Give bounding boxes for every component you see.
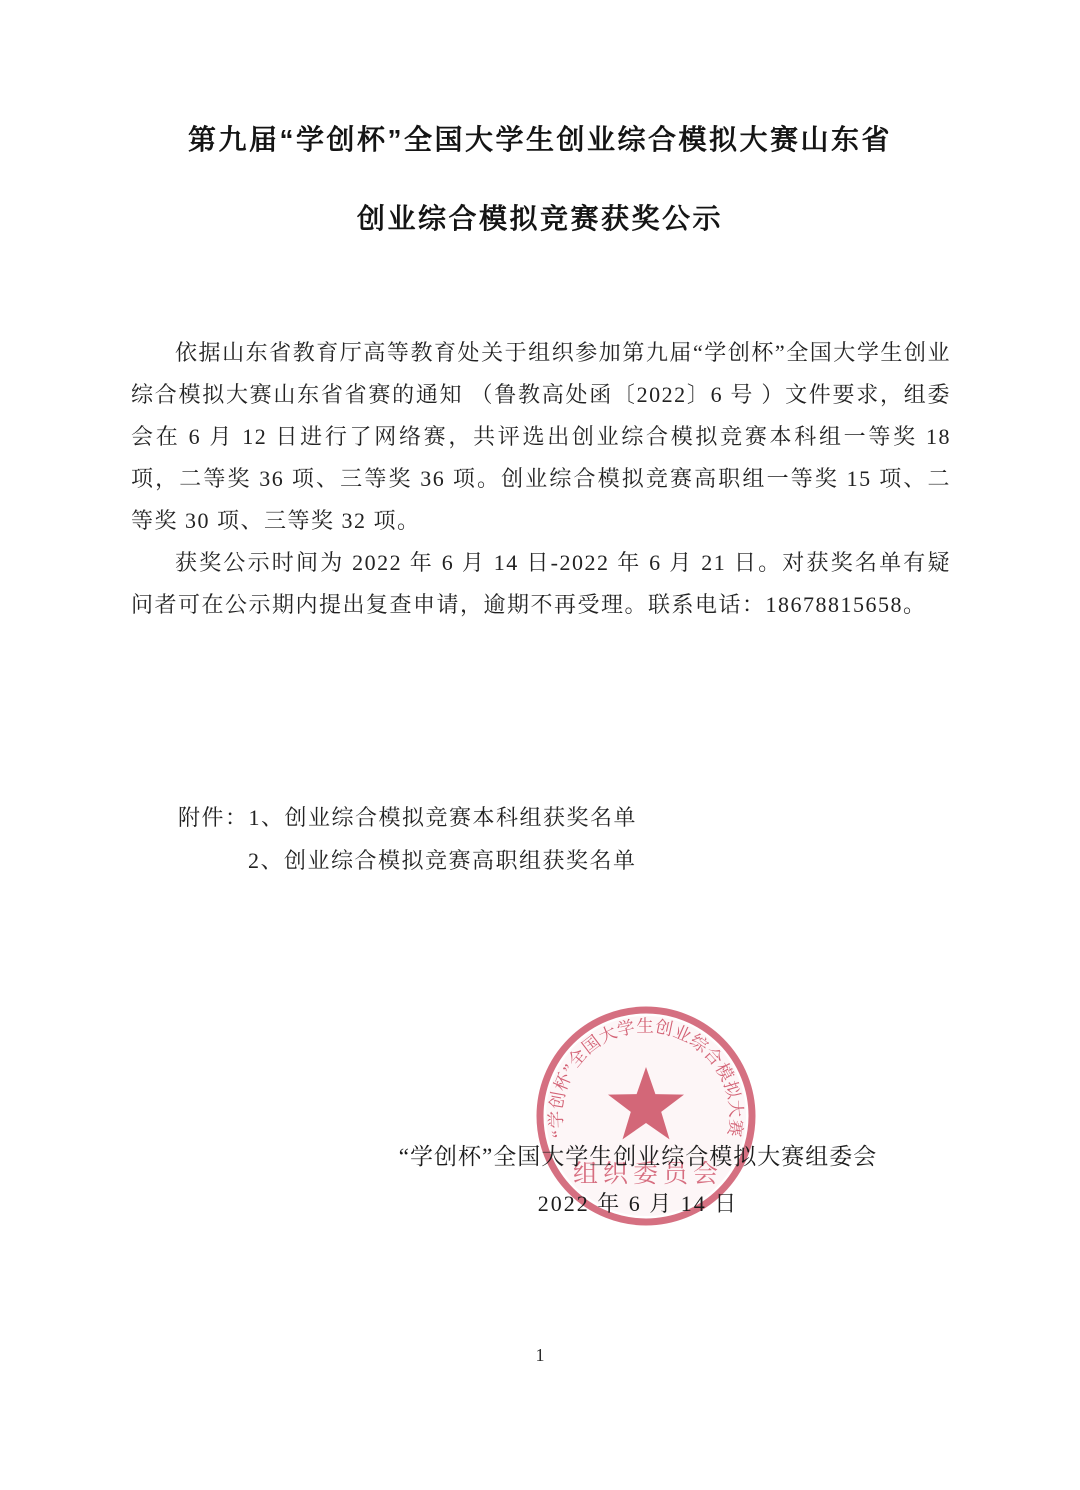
attachments-label: 附件： xyxy=(178,805,249,830)
signature-block: “学创杯”全国大学生创业综合模拟大赛组委会 2022 年 6 月 14 日 xyxy=(196,1138,1080,1218)
attachment-item-1: 1、创业综合模拟竞赛本科组获奖名单 xyxy=(249,805,638,830)
attachment-item-2: 2、创业综合模拟竞赛高职组获奖名单 xyxy=(248,848,637,873)
document-title-line-2: 创业综合模拟竞赛获奖公示 xyxy=(0,197,1080,237)
paragraph-1: 依据山东省教育厅高等教育处关于组织参加第九届“学创杯”全国大学生创业综合模拟大赛… xyxy=(131,332,951,542)
attachment-row-1: 附件：1、创业综合模拟竞赛本科组获奖名单 xyxy=(178,796,637,839)
page-number: 1 xyxy=(0,1345,1080,1366)
document-page: 第九届“学创杯”全国大学生创业综合模拟大赛山东省 创业综合模拟竞赛获奖公示 依据… xyxy=(0,0,1080,1490)
signature-line: “学创杯”全国大学生创业综合模拟大赛组委会 xyxy=(196,1138,1080,1171)
date-line: 2022 年 6 月 14 日 xyxy=(196,1187,1080,1218)
attachments-section: 附件：1、创业综合模拟竞赛本科组获奖名单 2、创业综合模拟竞赛高职组获奖名单 xyxy=(178,796,637,882)
document-body: 依据山东省教育厅高等教育处关于组织参加第九届“学创杯”全国大学生创业综合模拟大赛… xyxy=(131,332,951,626)
attachment-row-2: 2、创业综合模拟竞赛高职组获奖名单 xyxy=(178,839,637,882)
paragraph-2: 获奖公示时间为 2022 年 6 月 14 日-2022 年 6 月 21 日。… xyxy=(131,542,951,626)
document-title-line-1: 第九届“学创杯”全国大学生创业综合模拟大赛山东省 xyxy=(0,118,1080,158)
